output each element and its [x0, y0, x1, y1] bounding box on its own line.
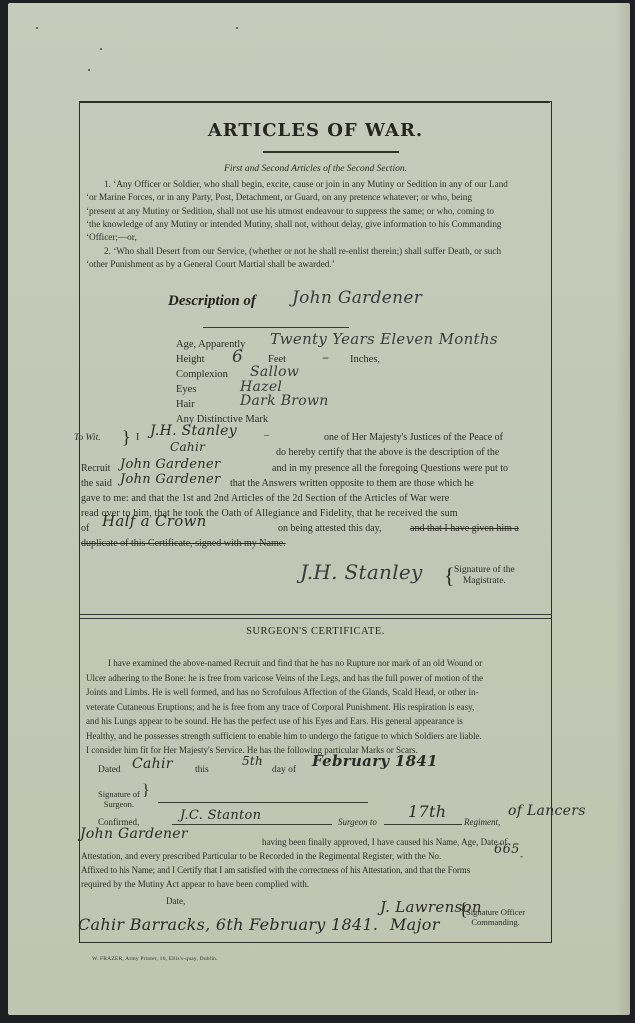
signature-of-surgeon-label: Signature of Surgeon.	[98, 790, 140, 809]
dash: –	[264, 428, 269, 444]
description-heading: Description of	[168, 293, 256, 310]
day-of-label: day of	[272, 763, 296, 779]
officer-signature-label: Signature Officer Commanding.	[466, 908, 525, 927]
struck-text-2: duplicate of this Certificate, signed wi…	[81, 536, 286, 552]
article-1-line: ‘the knowledge of any Mutiny or intended…	[86, 218, 545, 231]
brace-icon: {	[444, 565, 455, 587]
sig-label-line: Signature of the	[454, 565, 515, 576]
height-inches-value: –	[322, 350, 329, 366]
regiment-label: Regiment,	[464, 815, 500, 831]
date-place-handwritten: Cahir Barracks, 6th February 1841.	[78, 917, 378, 933]
this-label: this	[195, 763, 209, 779]
register-number: 665	[494, 842, 520, 858]
surgeon-line: and his Lungs appear to be sound. He has…	[86, 714, 545, 729]
surgeon-to-label: Surgeon to	[338, 815, 377, 831]
surgeon-line: Healthy, and he possesses strength suffi…	[86, 729, 545, 744]
regiment-suffix: of Lancers	[508, 804, 586, 820]
foxing-spot	[88, 69, 90, 71]
article-1-line: ‘Officer;—or,	[86, 231, 545, 244]
article-2-line: ‘other Punishment as by a General Court …	[86, 258, 545, 271]
struck-text-1: and that I have given him a	[410, 521, 519, 537]
brace-icon: {	[459, 905, 468, 915]
surgeon-line: Joints and Limbs. He is well formed, and…	[86, 685, 545, 700]
brace: }	[122, 427, 131, 448]
foxing-spot	[36, 27, 38, 29]
complexion-value: Sallow	[250, 364, 299, 380]
regiment-number-line	[384, 824, 462, 825]
the-said-label: the said	[81, 476, 112, 492]
printer-imprint: W. FRAZER, Army Printer, 16, Ellis's-qua…	[92, 956, 218, 962]
register-dash: -	[520, 849, 523, 865]
surgeon-line: veterate Cutaneous Eruptions; and he is …	[86, 700, 545, 715]
foxing-spot	[236, 27, 238, 29]
surgeon-signature-line	[158, 802, 368, 803]
article-1: 1. ‘Any Officer or Soldier, who shall be…	[86, 178, 545, 244]
article-2-line: 2. ‘Who shall Desert from our Service, (…	[86, 245, 545, 258]
label-line: Commanding.	[466, 918, 525, 928]
dated-place: Cahir	[132, 757, 173, 773]
cert-line-4: that the Answers written opposite to the…	[230, 476, 474, 492]
form-frame: ARTICLES OF WAR. First and Second Articl…	[79, 101, 552, 943]
cert-line-2: do hereby certify that the above is the …	[276, 445, 499, 461]
article-1-line: ‘present at any Mutiny or Sedition, shal…	[86, 205, 545, 218]
recruit-label: Recruit	[81, 461, 110, 477]
height-label: Height	[176, 354, 205, 365]
month-year: February 1841	[312, 754, 438, 770]
i-label: I	[136, 430, 139, 446]
label-line: Surgeon.	[98, 800, 140, 810]
county-handwritten: Cahir	[170, 440, 205, 456]
day-value: 5th	[242, 754, 263, 770]
cert-line-1: one of Her Majesty's Justices of the Pea…	[324, 430, 503, 446]
page-title: ARTICLES OF WAR.	[80, 120, 551, 141]
age-value: Twenty Years Eleven Months	[270, 330, 498, 348]
cert-line-3: and in my presence all the foregoing Que…	[272, 461, 508, 477]
brace-icon: }	[142, 786, 150, 796]
commanding-line-4: required by the Mutiny Act appear to hav…	[81, 877, 309, 893]
surgeon-line: Ulcer adhering to the Bone: he is free f…	[86, 671, 545, 686]
height-feet-value: 6	[232, 347, 243, 367]
eyes-label: Eyes	[176, 384, 196, 395]
section-divider	[80, 614, 551, 619]
hair-value: Dark Brown	[240, 393, 329, 409]
recruit-name-2: John Gardener	[120, 457, 220, 473]
cert-line-5: gave to me: and that the 1st and 2nd Art…	[81, 491, 449, 507]
foxing-spot	[100, 48, 102, 50]
magistrate-signature-label: { Signature of the Magistrate.	[454, 565, 515, 587]
subtitle: First and Second Articles of the Second …	[80, 164, 551, 174]
cert-line-7: on being attested this day,	[278, 521, 382, 537]
frame-top-rule	[79, 101, 550, 103]
sig-label-line: Magistrate.	[454, 576, 515, 587]
hair-label: Hair	[176, 399, 195, 410]
magistrate-signature: J.H. Stanley	[300, 560, 423, 584]
regiment-number: 17th	[408, 804, 446, 820]
confirmed-line	[172, 824, 332, 825]
to-wit-label: To Wit.	[74, 433, 101, 443]
surgeon-certificate-title: SURGEON'S CERTIFICATE.	[80, 626, 551, 637]
date-label: Date,	[166, 894, 185, 910]
said-name: John Gardener	[120, 472, 220, 488]
article-1-line: ‘or Marine Forces, or in any Party, Post…	[86, 191, 545, 204]
magistrate-name: J.H. Stanley	[150, 424, 237, 440]
recruit-name-3: John Gardener	[80, 827, 188, 843]
complexion-label: Complexion	[176, 369, 228, 380]
article-2: 2. ‘Who shall Desert from our Service, (…	[86, 245, 545, 272]
officer-rank: Major	[390, 917, 440, 933]
dated-label: Dated	[98, 763, 121, 779]
sum-handwritten: Half a Crown	[102, 514, 207, 530]
surgeon-body: I have examined the above-named Recruit …	[86, 656, 545, 758]
recruit-name-handwritten: John Gardener	[292, 288, 422, 308]
surgeon-line: I have examined the above-named Recruit …	[86, 656, 545, 671]
of-label: of	[81, 521, 89, 537]
document-page: ARTICLES OF WAR. First and Second Articl…	[8, 3, 630, 1015]
title-underline	[263, 151, 399, 153]
inches-label: Inches,	[350, 354, 380, 365]
description-rule	[203, 327, 349, 328]
article-1-line: 1. ‘Any Officer or Soldier, who shall be…	[86, 178, 545, 191]
confirmed-signature: J.C. Stanton	[180, 808, 261, 824]
